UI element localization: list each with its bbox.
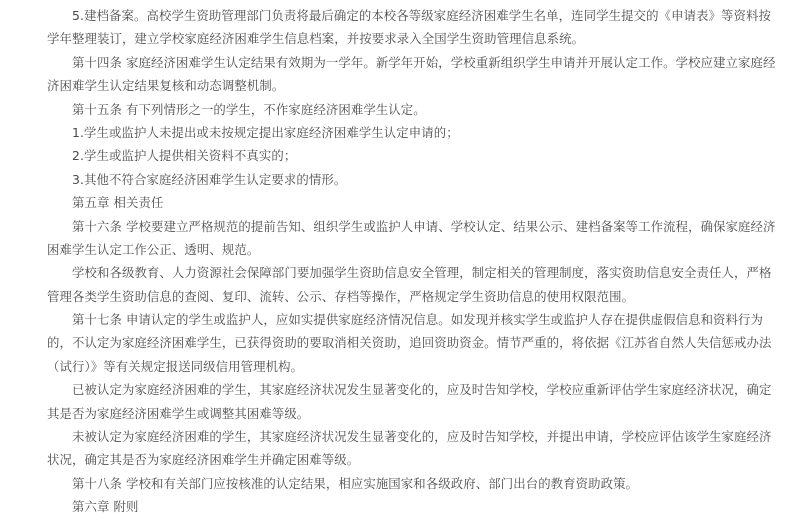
- article-18-line: 第十八条 学校和有关部门应按核准的认定结果，相应实施国家和各级政府、部门出台的教…: [47, 472, 747, 495]
- article-15-line: 第十五条 有下列情形之一的学生，不作家庭经济困难学生认定。: [47, 98, 747, 121]
- list-item: 3.其他不符合家庭经济困难学生认定要求的情形。: [47, 168, 747, 191]
- paragraph-line: 济困难学生认定结果复核和动态调整机制。: [47, 74, 747, 97]
- article-17-line: 第十七条 申请认定的学生或监护人，应如实提供家庭经济情况信息。如发现并核实学生或…: [47, 308, 747, 331]
- paragraph-line: 其是否为家庭经济困难学生或调整其困难等级。: [47, 402, 747, 425]
- paragraph-line: 学年整理装订，建立学校家庭经济困难学生信息档案，并按要求录入全国学生资助管理信息…: [47, 27, 747, 50]
- paragraph-line: 状况，确定其是否为家庭经济困难学生并确定困难等级。: [47, 448, 747, 471]
- paragraph-line: （试行）》等有关规定报送同级信用管理机构。: [47, 355, 747, 378]
- paragraph-line: 困难学生认定工作公正、透明、规范。: [47, 238, 747, 261]
- paragraph-line: 管理各类学生资助信息的查阅、复印、流转、公示、存档等操作，严格规定学生资助信息的…: [47, 285, 747, 308]
- paragraph-line: 5.建档备案。高校学生资助管理部门负责将最后确定的本校各等级家庭经济困难学生名单…: [47, 4, 747, 27]
- list-item: 1.学生或监护人未提出或未按规定提出家庭经济困难学生认定申请的；: [47, 121, 747, 144]
- chapter-5-heading: 第五章 相关责任: [47, 191, 747, 214]
- document-body: 5.建档备案。高校学生资助管理部门负责将最后确定的本校各等级家庭经济困难学生名单…: [47, 4, 747, 519]
- article-14-line: 第十四条 家庭经济困难学生认定结果有效期为一学年。新学年开始，学校重新组织学生申…: [47, 51, 747, 74]
- article-16-line: 第十六条 学校要建立严格规范的提前告知、组织学生或监护人申请、学校认定、结果公示…: [47, 215, 747, 238]
- paragraph-line: 已被认定为家庭经济困难的学生，其家庭经济状况发生显著变化的，应及时告知学校，学校…: [47, 378, 747, 401]
- list-item: 2.学生或监护人提供相关资料不真实的；: [47, 144, 747, 167]
- paragraph-line: 未被认定为家庭经济困难的学生，其家庭经济状况发生显著变化的，应及时告知学校，并提…: [47, 425, 747, 448]
- chapter-6-heading: 第六章 附则: [47, 495, 747, 518]
- paragraph-line: 学校和各级教育、人力资源社会保障部门要加强学生资助信息安全管理，制定相关的管理制…: [47, 261, 747, 284]
- paragraph-line: 的，不认定为家庭经济困难学生，已获得资助的要取消相关资助，追回资助资金。情节严重…: [47, 331, 747, 354]
